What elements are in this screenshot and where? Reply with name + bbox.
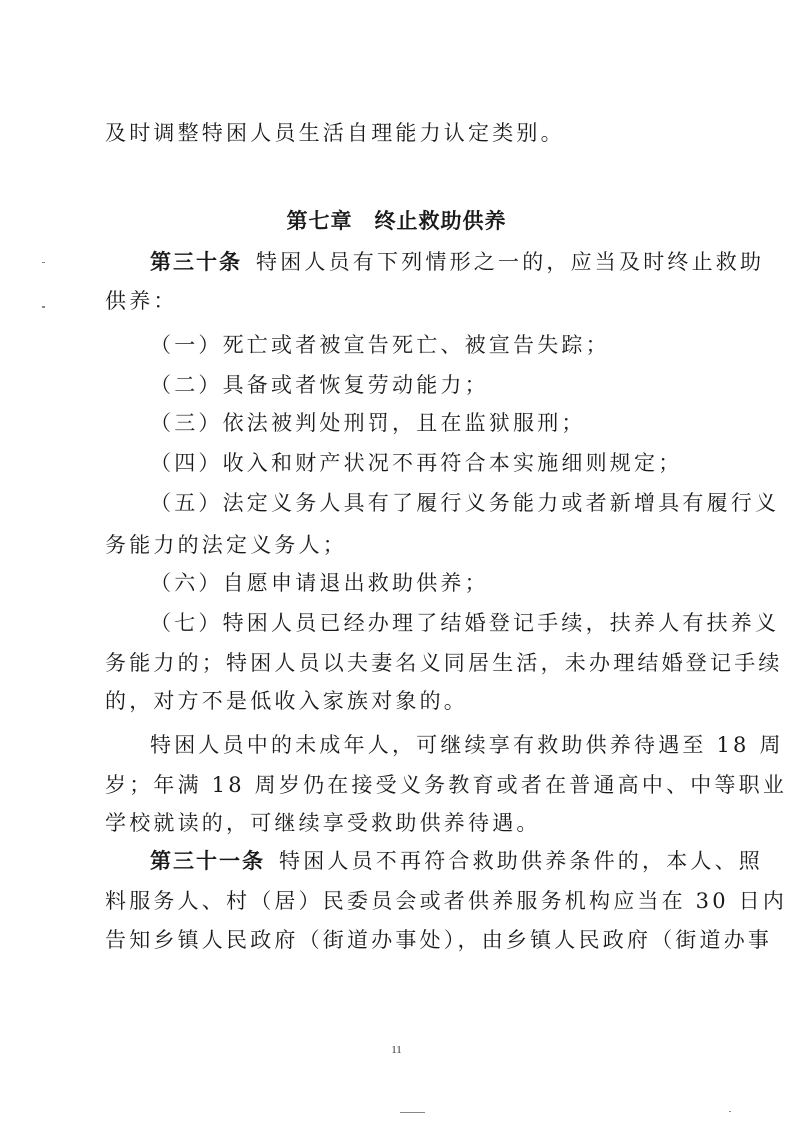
list-item-continuation: 务能力的法定义务人； [105, 532, 695, 558]
article-31-line-2: 料服务人、村（居）民委员会或者供养服务机构应当在 30 日内 [105, 888, 695, 914]
chapter-heading: 第七章终止救助供养 [0, 205, 793, 235]
page-number: 11 [0, 1044, 793, 1056]
article-30-line-1: 第三十条特困人员有下列情形之一的，应当及时终止救助 [150, 249, 695, 275]
scan-mark [42, 306, 45, 308]
list-item: （五）法定义务人具有了履行义务能力或者新增具有履行义 [150, 490, 695, 516]
chapter-number: 第七章 [287, 209, 353, 233]
list-item: （四）收入和财产状况不再符合本实施细则规定； [150, 450, 695, 476]
text-line: 及时调整特困人员生活自理能力认定类别。 [105, 120, 695, 146]
paragraph-line: 学校就读的，可继续享受救助供养待遇。 [105, 810, 695, 836]
article-31-line-3: 告知乡镇人民政府（街道办事处），由乡镇人民政府（街道办事 [105, 927, 695, 953]
list-item: （三）依法被判处刑罚，且在监狱服刑； [150, 410, 695, 436]
list-item-continuation: 务能力的；特困人员以夫妻名义同居生活，未办理结婚登记手续 [105, 650, 695, 676]
article-31-line-1: 第三十一条特困人员不再符合救助供养条件的，本人、照 [150, 848, 695, 874]
article-text: 特困人员不再符合救助供养条件的，本人、照 [279, 849, 763, 873]
paragraph-line: 岁；年满 18 周岁仍在接受义务教育或者在普通高中、中等职业 [105, 772, 695, 798]
list-item: （六）自愿申请退出救助供养； [150, 570, 695, 596]
article-label: 第三十一条 [150, 849, 265, 873]
document-page: 及时调整特困人员生活自理能力认定类别。 第七章终止救助供养 第三十条特困人员有下… [0, 0, 793, 1122]
scan-mark [42, 262, 45, 263]
article-text: 特困人员有下列情形之一的，应当及时终止救助 [256, 250, 764, 274]
scan-mark [400, 1112, 425, 1113]
list-item: （七）特困人员已经办理了结婚登记手续，扶养人有扶养义 [150, 610, 695, 636]
list-item: （二）具备或者恢复劳动能力； [150, 372, 695, 398]
chapter-title: 终止救助供养 [375, 209, 507, 233]
scan-mark [729, 1111, 731, 1112]
list-item-continuation: 的，对方不是低收入家族对象的。 [105, 688, 695, 714]
list-item: （一）死亡或者被宣告死亡、被宣告失踪； [150, 332, 695, 358]
article-30-line-2: 供养： [105, 288, 695, 314]
article-label: 第三十条 [150, 250, 242, 274]
paragraph-line: 特困人员中的未成年人，可继续享有救助供养待遇至 18 周 [150, 732, 695, 758]
